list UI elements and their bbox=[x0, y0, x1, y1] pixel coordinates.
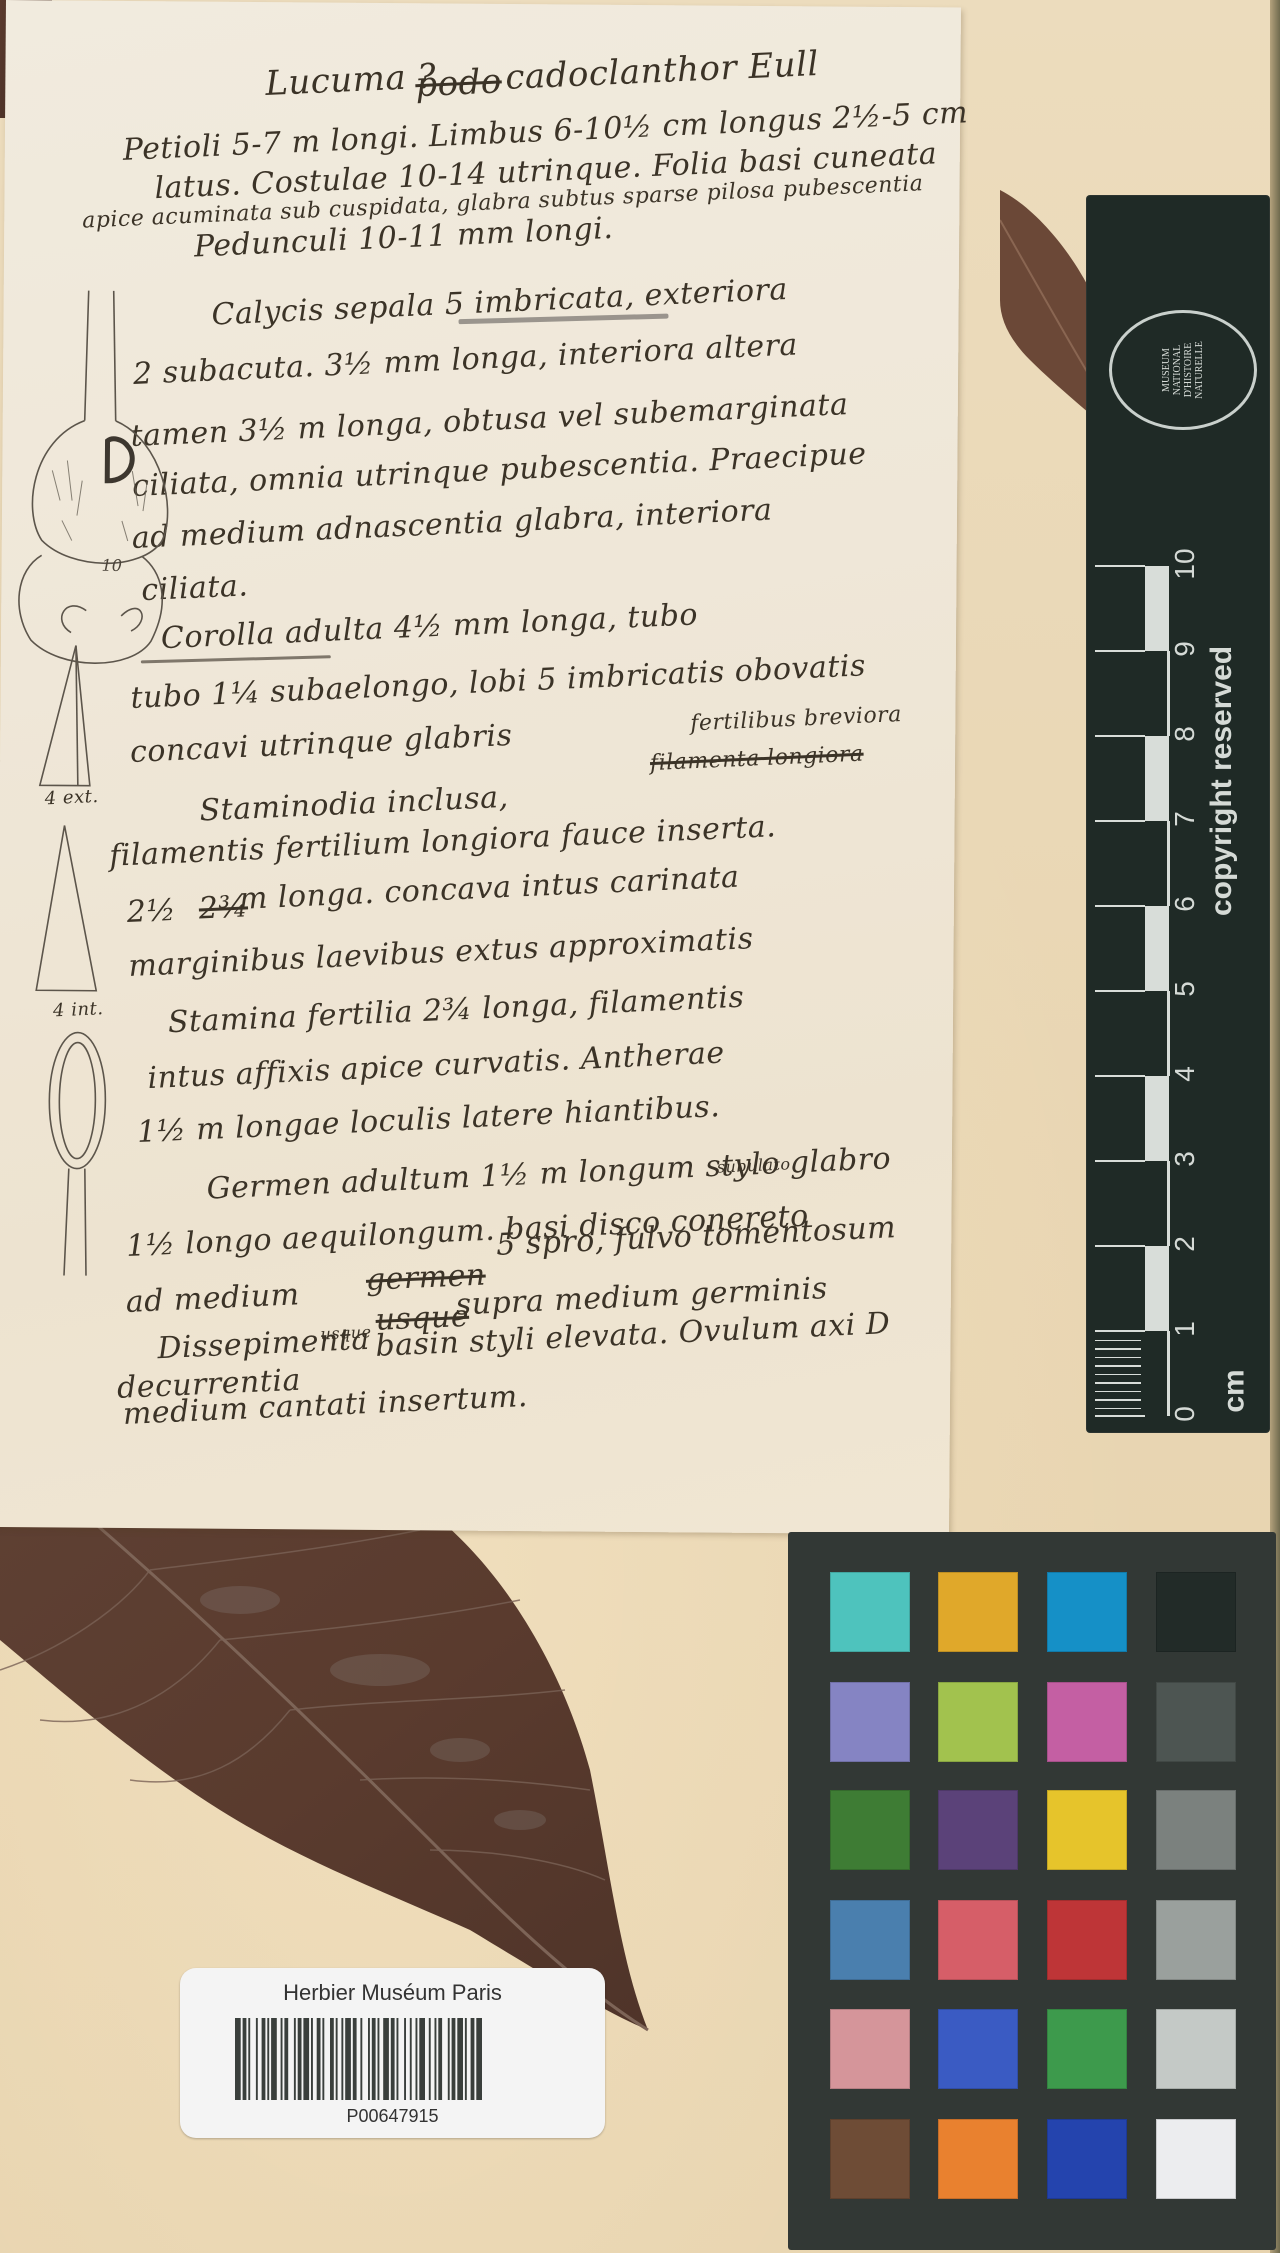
handwritten-line: 1½ m longae loculis latere hiantibus. bbox=[136, 1089, 721, 1150]
color-swatch bbox=[1047, 1572, 1127, 1652]
color-swatch bbox=[1047, 2119, 1127, 2199]
seal-text: MUSEUM NATIONAL D'HISTOIRE NATURELLE bbox=[1161, 341, 1205, 399]
handwritten-line: Calycis sepala 5 imbricata, exteriora bbox=[211, 272, 789, 333]
color-swatch bbox=[830, 2119, 910, 2199]
color-swatch bbox=[830, 1790, 910, 1870]
color-swatch bbox=[938, 1682, 1018, 1762]
color-swatch bbox=[938, 2009, 1018, 2089]
ruler-number: 9 bbox=[1169, 633, 1201, 665]
color-swatch bbox=[1156, 2119, 1236, 2199]
museum-seal-emblem: MUSEUM NATIONAL D'HISTOIRE NATURELLE bbox=[1109, 310, 1257, 430]
ruler-tick bbox=[1095, 735, 1145, 737]
svg-text:10: 10 bbox=[101, 556, 122, 575]
ruler-mm-tick bbox=[1095, 1391, 1141, 1393]
ruler-tick bbox=[1095, 1415, 1145, 1417]
handwritten-line: m longa. concava intus carinata bbox=[238, 860, 740, 917]
color-calibration-chart bbox=[788, 1532, 1276, 2250]
flower-sketch: 10 bbox=[11, 280, 184, 681]
color-swatch bbox=[1156, 1900, 1236, 1980]
ruler-mm-tick bbox=[1095, 1408, 1141, 1410]
specimen-barcode-id: P00647915 bbox=[180, 2106, 605, 2127]
color-swatch bbox=[1047, 1682, 1127, 1762]
handwritten-line: ad medium adnascentia glabra, interiora bbox=[131, 492, 773, 555]
ruler-number: 6 bbox=[1169, 888, 1201, 920]
ruler-bar-segment bbox=[1145, 566, 1169, 651]
color-swatch bbox=[1156, 1572, 1236, 1652]
dried-leaf bbox=[0, 1490, 660, 2050]
note-text-area: Lucuma ? podocadoclanthor EullPetioli 5-… bbox=[0, 0, 961, 1534]
ruler-tick bbox=[1095, 1160, 1145, 1162]
ruler-tick bbox=[1095, 650, 1145, 652]
ruler-number: 4 bbox=[1169, 1058, 1201, 1090]
handwritten-line: podo bbox=[414, 61, 502, 105]
ruler-number: 5 bbox=[1169, 973, 1201, 1005]
sepal-interior-sketch bbox=[28, 820, 119, 1011]
handwritten-line: ad medium bbox=[125, 1277, 300, 1320]
institution-name: Herbier Muséum Paris bbox=[180, 1980, 605, 2006]
ruler-bar-segment bbox=[1145, 1076, 1169, 1161]
ruler-tick bbox=[1095, 1330, 1145, 1332]
handwritten-line: 2 subacuta. 3½ mm longa, interiora alter… bbox=[132, 327, 798, 392]
handwritten-line: Corolla adulta 4½ mm longa, tubo bbox=[160, 597, 698, 656]
color-swatch bbox=[938, 1790, 1018, 1870]
ruler-mm-tick bbox=[1095, 1365, 1141, 1367]
stamen-sketch bbox=[36, 1030, 118, 1281]
ruler-bar-segment bbox=[1145, 736, 1169, 821]
ruler-number: 8 bbox=[1169, 718, 1201, 750]
color-swatch bbox=[938, 1900, 1018, 1980]
ruler-mm-tick bbox=[1095, 1374, 1141, 1376]
ruler-tick bbox=[1095, 820, 1145, 822]
ruler-mm-tick bbox=[1095, 1357, 1141, 1359]
handwritten-line: 2½ bbox=[126, 893, 177, 930]
ruler-bar-segment bbox=[1145, 906, 1169, 991]
color-swatch bbox=[830, 1900, 910, 1980]
handwritten-line: Germen adultum 1½ m longum stylo glabro bbox=[206, 1141, 892, 1206]
ruler-number: 0 bbox=[1169, 1398, 1201, 1430]
handwritten-line: usque bbox=[320, 1322, 372, 1343]
ruler-number: 3 bbox=[1169, 1143, 1201, 1175]
ruler-scale-bars bbox=[1095, 556, 1167, 1416]
copyright-text: copyright reserved bbox=[1205, 646, 1239, 916]
color-swatch bbox=[1047, 1900, 1127, 1980]
handwritten-line: Stamina fertilia 2¾ longa, filamentis bbox=[167, 980, 745, 1041]
color-swatch bbox=[830, 2009, 910, 2089]
sketch-label-int: 4 int. bbox=[53, 998, 104, 1021]
ruler-tick bbox=[1095, 1075, 1145, 1077]
handwritten-line: intus affixis apice curvatis. Antherae bbox=[147, 1035, 726, 1096]
handwritten-line: Lucuma ? bbox=[264, 56, 437, 104]
color-swatch bbox=[1156, 1682, 1236, 1762]
handwritten-line: fertilibus breviora bbox=[690, 702, 903, 736]
ruler-number: 10 bbox=[1169, 548, 1201, 580]
ruler-mm-tick bbox=[1095, 1348, 1141, 1350]
ruler-bar-segment bbox=[1145, 1246, 1169, 1331]
barcode-label: Herbier Muséum Paris P00647915 bbox=[180, 1968, 605, 2138]
color-swatch bbox=[830, 1682, 910, 1762]
color-swatch bbox=[1156, 2009, 1236, 2089]
ruler-number: 2 bbox=[1169, 1228, 1201, 1260]
ruler-tick bbox=[1095, 1245, 1145, 1247]
ruler-tick bbox=[1095, 990, 1145, 992]
color-swatch bbox=[938, 2119, 1018, 2199]
color-swatch bbox=[1156, 1790, 1236, 1870]
color-swatch bbox=[1047, 2009, 1127, 2089]
handwritten-line: subulato bbox=[716, 1154, 791, 1176]
ruler-tick bbox=[1095, 565, 1145, 567]
ruler-mm-tick bbox=[1095, 1399, 1141, 1401]
ruler-mm-tick bbox=[1095, 1340, 1141, 1342]
ruler-number: 1 bbox=[1169, 1313, 1201, 1345]
handwritten-line: marginibus laevibus extus approximatis bbox=[128, 921, 755, 984]
ruler-unit-label: cm bbox=[1218, 1369, 1252, 1412]
color-swatch bbox=[830, 1572, 910, 1652]
handwritten-line: cadoclanthor Eull bbox=[505, 44, 820, 98]
handwritten-description-note: Lucuma ? podocadoclanthor EullPetioli 5-… bbox=[0, 0, 961, 1534]
color-swatch bbox=[938, 1572, 1018, 1652]
ruler-number: 7 bbox=[1169, 803, 1201, 835]
barcode bbox=[235, 2018, 550, 2100]
handwritten-line: filamenta longiora bbox=[649, 742, 864, 776]
handwritten-line: concavi utrinque glabris bbox=[129, 718, 513, 770]
scale-ruler: MUSEUM NATIONAL D'HISTOIRE NATURELLE 012… bbox=[1087, 196, 1269, 1432]
ruler-tick bbox=[1095, 905, 1145, 907]
color-swatch bbox=[1047, 1790, 1127, 1870]
handwritten-line: Staminodia inclusa, bbox=[199, 780, 509, 829]
ruler-mm-tick bbox=[1095, 1382, 1141, 1384]
sketch-label-ext: 4 ext. bbox=[44, 786, 99, 809]
